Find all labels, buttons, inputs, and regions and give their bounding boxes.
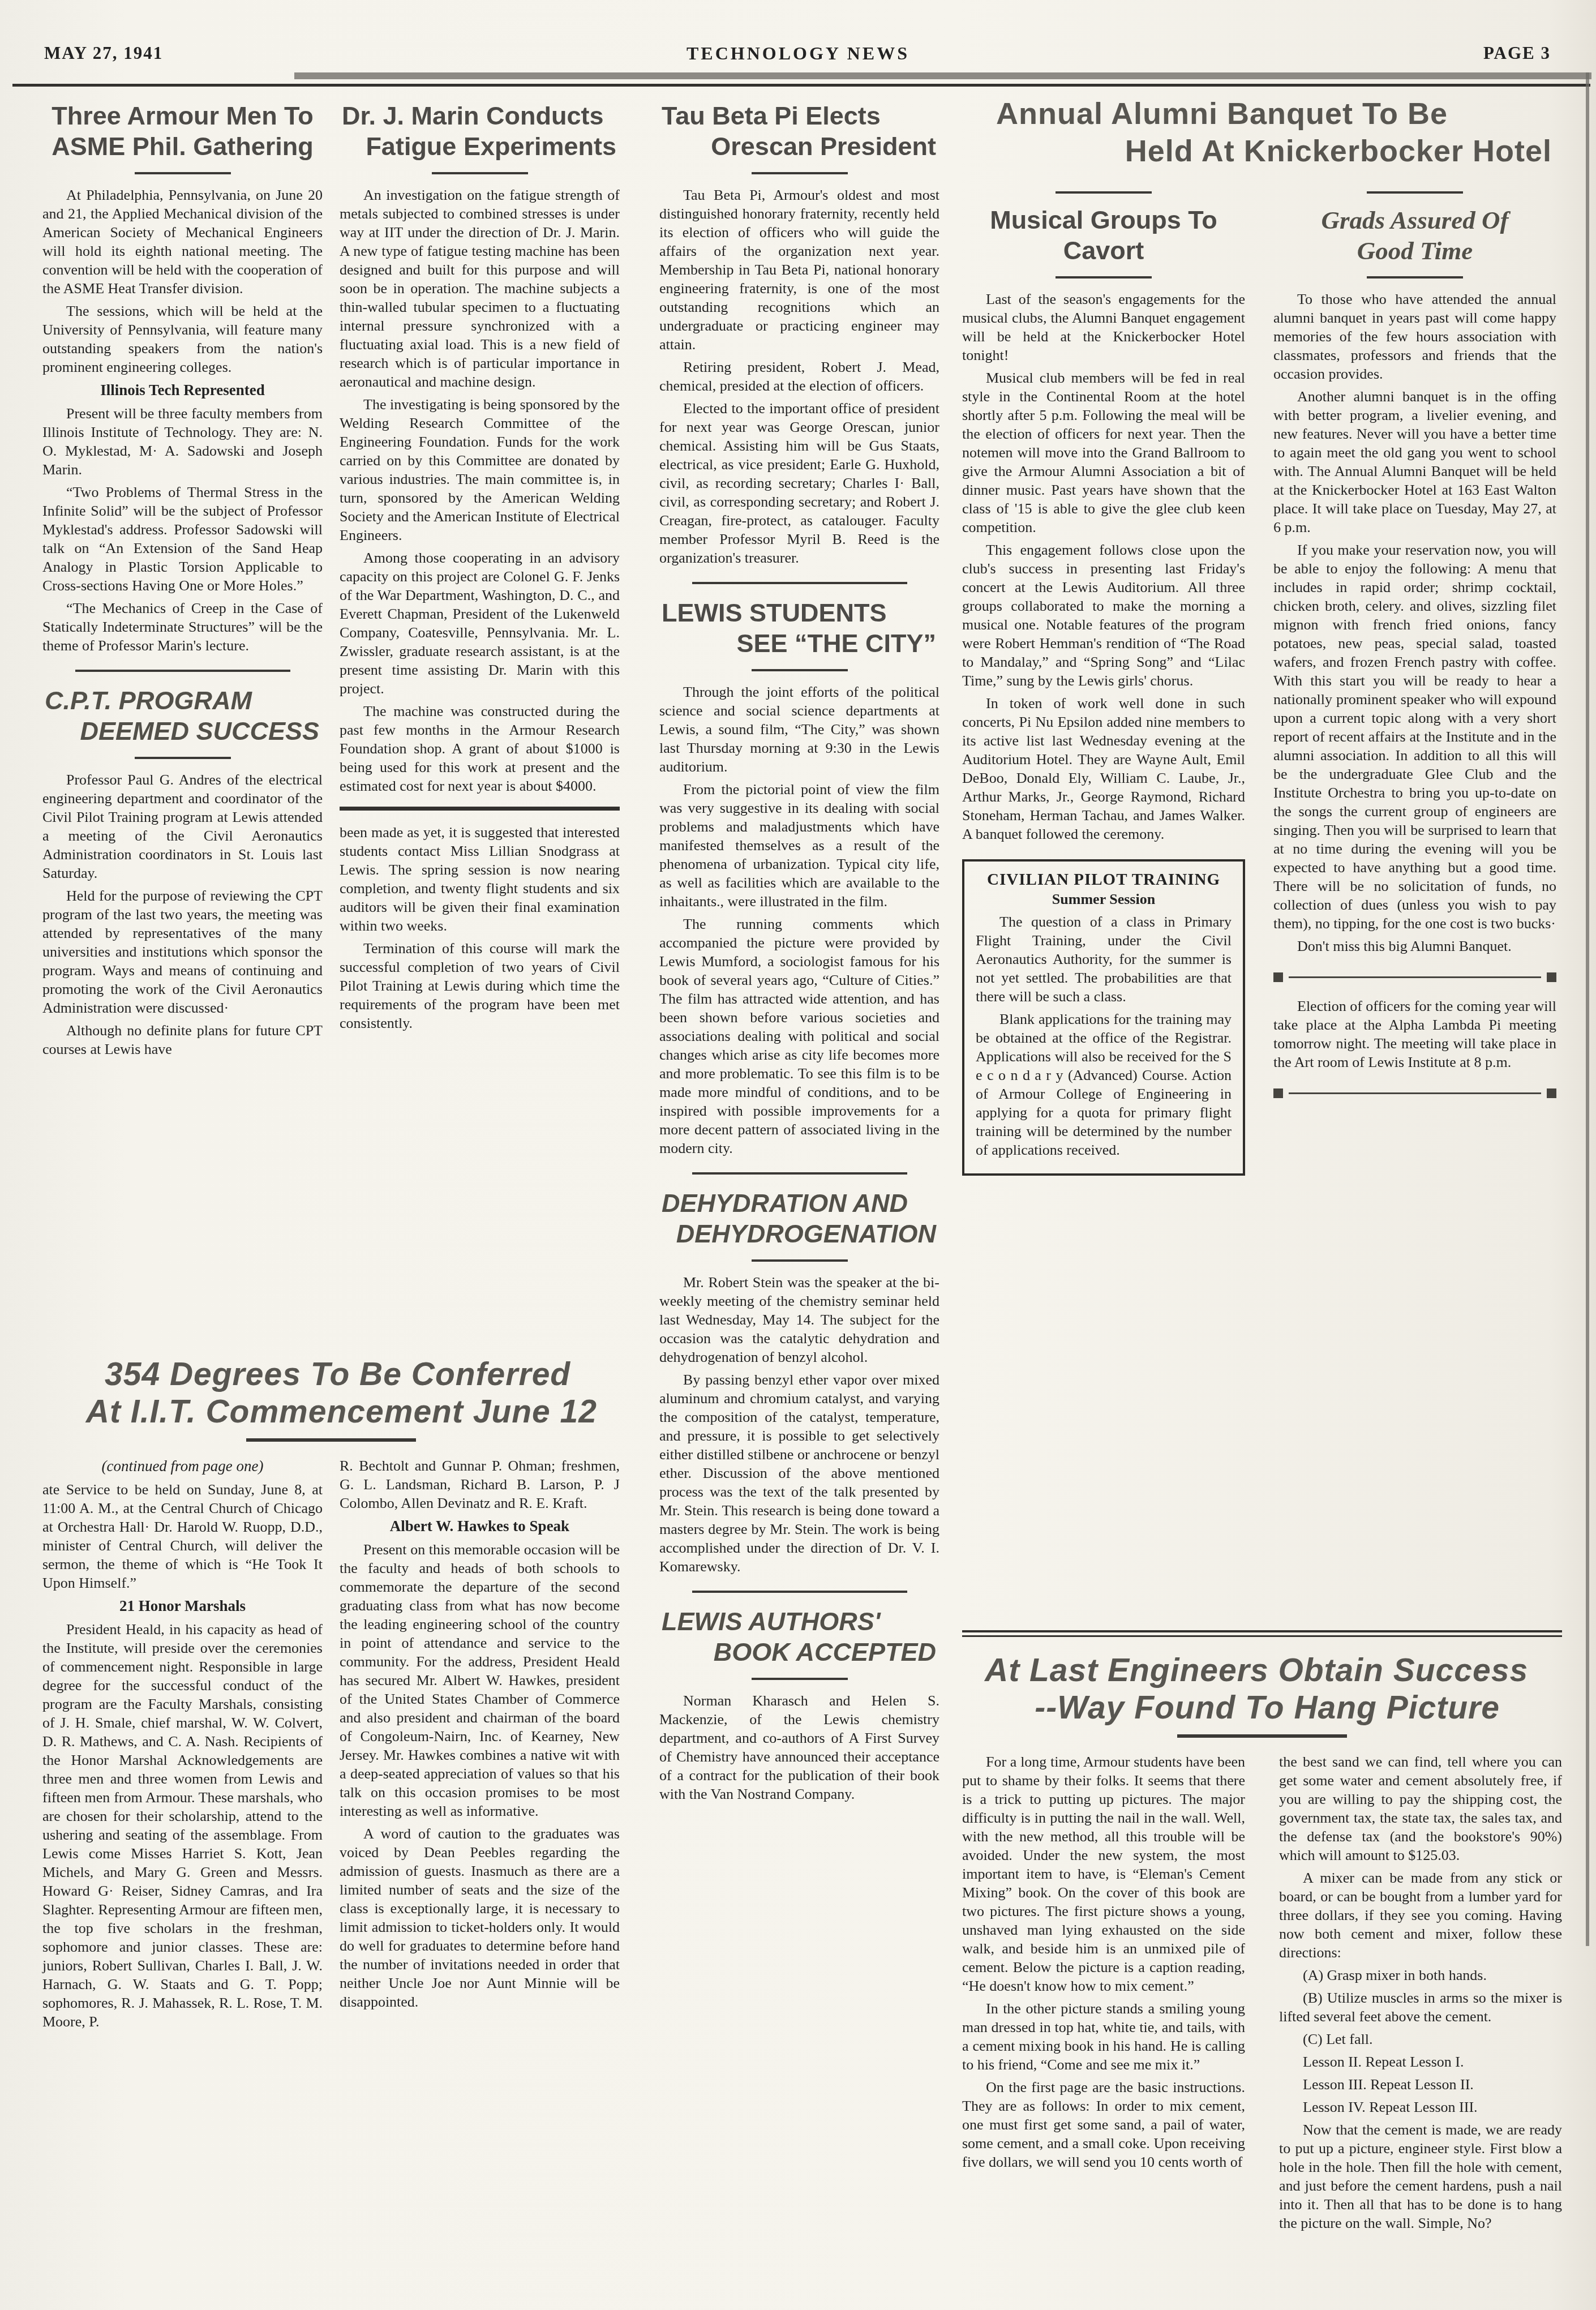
banner-line: 354 Degrees To Be Conferred — [42, 1356, 620, 1393]
paragraph: the best sand we can find, tell where yo… — [1279, 1752, 1562, 1865]
paragraph: “Two Problems of Thermal Stress in the I… — [42, 483, 323, 595]
column-1: Three Armour Men To ASME Phil. Gathering… — [42, 101, 323, 1062]
headline-line: Cavort — [962, 235, 1245, 266]
headline-line: C.P.T. PROGRAM — [42, 685, 323, 716]
headline-line: LEWIS STUDENTS — [659, 598, 939, 628]
headline-line: Fatigue Experiments — [340, 131, 620, 162]
headline-rule — [135, 757, 231, 759]
paragraph: At Philadelphia, Pennsylvania, on June 2… — [42, 186, 323, 298]
civilian-pilot-training-box: CIVILIAN PILOT TRAINING Summer Session T… — [962, 859, 1245, 1176]
headline-rule — [1367, 191, 1463, 194]
article-grads-body: To those who have attended the annual al… — [1273, 290, 1556, 955]
paragraph: (A) Grasp mixer in both hands. — [1279, 1966, 1562, 1985]
paragraph: Musical club members will be fed in real… — [962, 368, 1245, 537]
degrees-col1-body: (continued from page one)ate Service to … — [42, 1456, 323, 2031]
headline-rule — [1367, 276, 1463, 278]
headline-line: Orescan President — [659, 131, 939, 162]
degrees-subcolumns: (continued from page one)ate Service to … — [42, 1456, 620, 2035]
divider-square — [1547, 972, 1556, 982]
paragraph: Last of the season's engagements for the… — [962, 290, 1245, 365]
continued-lead: (continued from page one) — [42, 1456, 323, 1476]
paragraph: The machine was constructed during the p… — [340, 702, 620, 795]
banner-line: At Last Engineers Obtain Success — [962, 1652, 1562, 1689]
engineers-col1-body: For a long time, Armour students have be… — [962, 1752, 1245, 2171]
double-rule — [962, 1635, 1562, 1637]
article-dehydration-body: Mr. Robert Stein was the speaker at the … — [659, 1273, 939, 1576]
paragraph: Lesson III. Repeat Lesson II. — [1279, 2075, 1562, 2094]
headline-authors: LEWIS AUTHORS' BOOK ACCEPTED — [659, 1606, 939, 1668]
paragraph: The running comments which accompanied t… — [659, 915, 939, 1158]
column-3: Tau Beta Pi Elects Orescan President Tau… — [659, 101, 939, 1807]
headline-rule — [1056, 191, 1152, 194]
banner-alumni-banquet: Annual Alumni Banquet To Be Held At Knic… — [962, 95, 1556, 170]
headline-line: DEHYDROGENATION — [659, 1219, 939, 1249]
headline-rule — [135, 172, 231, 174]
paragraph: The investigating is being sponsored by … — [340, 395, 620, 545]
headline-line: Dr. J. Marin Conducts — [340, 101, 620, 131]
paragraph: Tau Beta Pi, Armour's oldest and most di… — [659, 186, 939, 354]
headline-line: Musical Groups To — [962, 205, 1245, 235]
article-city-body: Through the joint efforts of the politic… — [659, 683, 939, 1158]
section-divider — [75, 670, 290, 672]
paragraph: Present on this memorable occasion will … — [340, 1540, 620, 1820]
headline-line: ASME Phil. Gathering — [42, 131, 323, 162]
degrees-column-2: R. Bechtolt and Gunnar P. Ohman; freshme… — [340, 1456, 620, 2035]
section-divider — [692, 1172, 907, 1175]
headline-line: Good Time — [1273, 235, 1556, 266]
paragraph: Elected to the important office of presi… — [659, 399, 939, 567]
divider-line — [1289, 976, 1541, 978]
banner-engineers: At Last Engineers Obtain Success --Way F… — [962, 1652, 1562, 1726]
headline-rule — [752, 669, 848, 671]
paragraph: From the pictorial point of view the fil… — [659, 780, 939, 911]
headline-marin: Dr. J. Marin Conducts Fatigue Experiment… — [340, 101, 620, 162]
headline-dehydration: DEHYDRATION AND DEHYDROGENATION — [659, 1188, 939, 1249]
engineers-column-1: For a long time, Armour students have be… — [962, 1752, 1245, 2236]
article-subhead: 21 Honor Marshals — [42, 1596, 323, 1615]
headline-line: SEE “THE CITY” — [659, 628, 939, 659]
section-divider — [692, 582, 907, 584]
paragraph: For a long time, Armour students have be… — [962, 1752, 1245, 1995]
divider-square — [1273, 1088, 1283, 1098]
headline-rule — [752, 1678, 848, 1680]
degrees-section: 354 Degrees To Be Conferred At I.I.T. Co… — [42, 1356, 620, 2035]
box-title: CIVILIAN PILOT TRAINING — [976, 869, 1232, 890]
headline-line: DEEMED SUCCESS — [42, 716, 323, 747]
paragraph: By passing benzyl ether vapor over mixed… — [659, 1370, 939, 1576]
degrees-column-1: (continued from page one)ate Service to … — [42, 1456, 323, 2035]
paragraph: An investigation on the fatigue strength… — [340, 186, 620, 391]
page-scan-edge — [1586, 72, 1589, 1946]
paragraph: Norman Kharasch and Helen S. Mackenzie, … — [659, 1691, 939, 1803]
paragraph: Through the joint efforts of the politic… — [659, 683, 939, 776]
paragraph: ate Service to be held on Sunday, June 8… — [42, 1480, 323, 1592]
paragraph: This engagement follows close upon the c… — [962, 541, 1245, 690]
paragraph: On the first page are the basic instruct… — [962, 2078, 1245, 2171]
engineers-subcolumns: For a long time, Armour students have be… — [962, 1752, 1562, 2236]
paragraph: To those who have attended the annual al… — [1273, 290, 1556, 383]
article-subhead: Illinois Tech Represented — [42, 380, 323, 400]
article-marin-body: An investigation on the fatigue strength… — [340, 186, 620, 795]
top-rule-gray — [294, 72, 1591, 79]
paragraph: Although no definite plans for future CP… — [42, 1021, 323, 1058]
headline-asme: Three Armour Men To ASME Phil. Gathering — [42, 101, 323, 162]
paragraph: Election of officers for the coming year… — [1273, 997, 1556, 1072]
divider-square — [1273, 972, 1283, 982]
paragraph: (C) Let fall. — [1279, 2030, 1562, 2048]
banner-line: Held At Knickerbocker Hotel — [962, 132, 1556, 170]
paragraph: Blank applications for the training may … — [976, 1010, 1232, 1159]
article-musical-body: Last of the season's engagements for the… — [962, 290, 1245, 843]
top-rule-dark — [12, 84, 1590, 87]
engineers-section: At Last Engineers Obtain Success --Way F… — [962, 1630, 1562, 2236]
headline-line: Grads Assured Of — [1273, 205, 1556, 235]
banner-degrees: 354 Degrees To Be Conferred At I.I.T. Co… — [42, 1356, 620, 1430]
paragraph: Professor Paul G. Andres of the electric… — [42, 770, 323, 882]
paragraph: “The Mechanics of Creep in the Case of S… — [42, 599, 323, 655]
headline-line: DEHYDRATION AND — [659, 1188, 939, 1219]
section-divider — [692, 1591, 907, 1593]
paragraph: Present will be three faculty members fr… — [42, 404, 323, 479]
headline-musical: Musical Groups To Cavort — [962, 205, 1245, 266]
paragraph: In the other picture stands a smiling yo… — [962, 1999, 1245, 2074]
paragraph: R. Bechtolt and Gunnar P. Ohman; freshme… — [340, 1456, 620, 1512]
headline-rule — [1056, 276, 1152, 278]
divider-line — [1289, 1092, 1541, 1094]
ornamental-divider — [1273, 972, 1556, 982]
article-divider-thick — [340, 807, 620, 811]
headline-grads: Grads Assured Of Good Time — [1273, 205, 1556, 266]
headline-line: Tau Beta Pi Elects — [659, 101, 939, 131]
column-2: Dr. J. Marin Conducts Fatigue Experiment… — [340, 101, 620, 1036]
headline-cpt: C.P.T. PROGRAM DEEMED SUCCESS — [42, 685, 323, 747]
paragraph: Among those cooperating in an advisory c… — [340, 548, 620, 698]
article-authors-body: Norman Kharasch and Helen S. Mackenzie, … — [659, 1691, 939, 1803]
paragraph: A word of caution to the graduates was v… — [340, 1824, 620, 2011]
article-cpt-body: Professor Paul G. Andres of the electric… — [42, 770, 323, 1058]
banquet-subcolumns: Musical Groups To Cavort Last of the sea… — [962, 181, 1556, 1176]
paragraph: The question of a class in Primary Fligh… — [976, 912, 1232, 1006]
headline-line: BOOK ACCEPTED — [659, 1637, 939, 1668]
paragraph: (B) Utilize muscles in arms so the mixer… — [1279, 1988, 1562, 2026]
ornamental-divider — [1273, 1088, 1556, 1098]
banner-rule — [246, 1438, 416, 1442]
banner-line: Annual Alumni Banquet To Be — [962, 95, 1556, 132]
paragraph: Held for the purpose of reviewing the CP… — [42, 886, 323, 1017]
headline-rule — [752, 172, 848, 174]
degrees-col2-body: R. Bechtolt and Gunnar P. Ohman; freshme… — [340, 1456, 620, 2011]
headline-taubeta: Tau Beta Pi Elects Orescan President — [659, 101, 939, 162]
article-cpt-continuation: been made as yet, it is suggested that i… — [340, 823, 620, 1032]
paragraph: been made as yet, it is suggested that i… — [340, 823, 620, 935]
headline-line: Three Armour Men To — [42, 101, 323, 131]
article-subhead: Albert W. Hawkes to Speak — [340, 1516, 620, 1536]
paragraph: Another alumni banquet is in the offing … — [1273, 387, 1556, 537]
election-note-body: Election of officers for the coming year… — [1273, 997, 1556, 1072]
paragraph: Termination of this course will mark the… — [340, 939, 620, 1032]
masthead-page-number: PAGE 3 — [1483, 42, 1551, 65]
masthead-title: TECHNOLOGY NEWS — [0, 42, 1596, 65]
banner-line: --Way Found To Hang Picture — [962, 1689, 1562, 1726]
newspaper-page: MAY 27, 1941 TECHNOLOGY NEWS PAGE 3 Thre… — [0, 0, 1596, 2310]
article-taubeta-body: Tau Beta Pi, Armour's oldest and most di… — [659, 186, 939, 567]
double-rule — [962, 1630, 1562, 1632]
headline-rule — [752, 1259, 848, 1262]
paragraph: The sessions, which will be held at the … — [42, 302, 323, 376]
paragraph: A mixer can be made from any stick or bo… — [1279, 1868, 1562, 1962]
engineers-column-2: the best sand we can find, tell where yo… — [1279, 1752, 1562, 2236]
banner-rule — [1177, 1734, 1347, 1738]
paragraph: Don't miss this big Alumni Banquet. — [1273, 937, 1556, 955]
headline-city: LEWIS STUDENTS SEE “THE CITY” — [659, 598, 939, 659]
banner-line: At I.I.T. Commencement June 12 — [42, 1393, 620, 1430]
column-5: Grads Assured Of Good Time To those who … — [1273, 181, 1556, 1176]
paragraph: Lesson IV. Repeat Lesson III. — [1279, 2098, 1562, 2116]
headline-rule — [432, 172, 528, 174]
paragraph: Retiring president, Robert J. Mead, chem… — [659, 358, 939, 395]
column-4: Musical Groups To Cavort Last of the sea… — [962, 181, 1245, 1176]
masthead: MAY 27, 1941 TECHNOLOGY NEWS PAGE 3 — [0, 42, 1596, 76]
box-body: The question of a class in Primary Fligh… — [976, 912, 1232, 1159]
paragraph: Lesson II. Repeat Lesson I. — [1279, 2052, 1562, 2071]
paragraph: Now that the cement is made, we are read… — [1279, 2120, 1562, 2232]
paragraph: If you make your reservation now, you wi… — [1273, 541, 1556, 933]
paragraph: In token of work well done in such conce… — [962, 694, 1245, 843]
box-subtitle: Summer Session — [976, 890, 1232, 909]
divider-square — [1547, 1088, 1556, 1098]
columns-4-5-banquet-section: Annual Alumni Banquet To Be Held At Knic… — [962, 95, 1556, 1176]
headline-line: LEWIS AUTHORS' — [659, 1606, 939, 1637]
paragraph: Mr. Robert Stein was the speaker at the … — [659, 1273, 939, 1366]
engineers-col2-body: the best sand we can find, tell where yo… — [1279, 1752, 1562, 2232]
paragraph: President Heald, in his capacity as head… — [42, 1620, 323, 2031]
article-asme-body: At Philadelphia, Pennsylvania, on June 2… — [42, 186, 323, 655]
